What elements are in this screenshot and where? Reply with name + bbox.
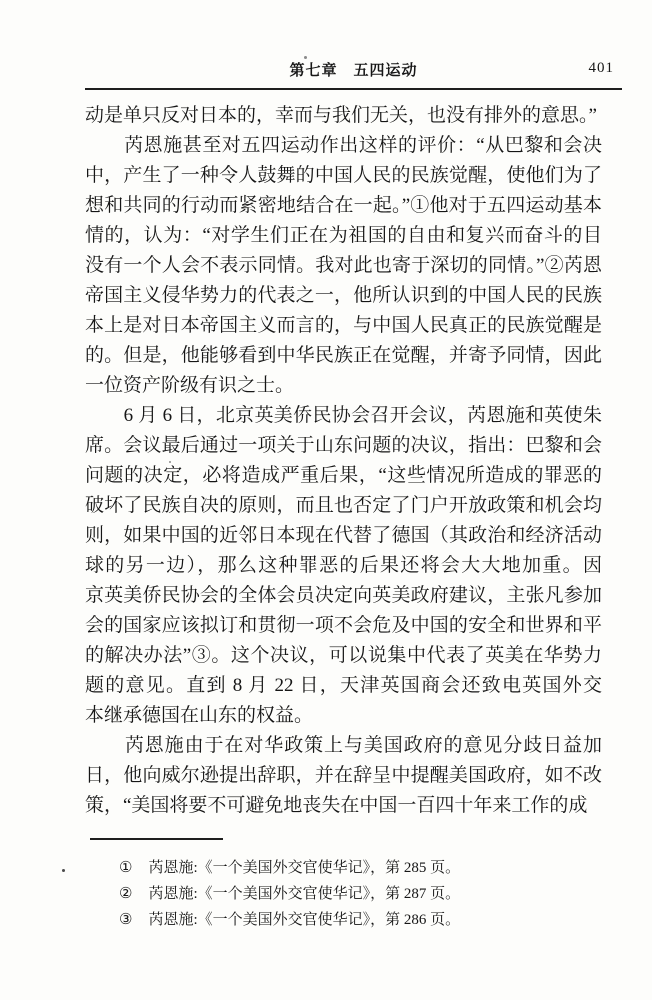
scan-speck [169,461,171,463]
text-line: 中，产生了一种令人鼓舞的中国人民的民族觉醒，使他们为了共同的思 [85,161,602,191]
text-line: 没有一个人会不表示同情。我对此也寄于深切的同情。”②芮恩施作为 [85,251,602,281]
footnote-item: ③ 芮恩施:《一个美国外交官使华记》，第 286 页。 [85,907,602,933]
text-line: 6 月 6 日，北京英美侨民协会召开会议，芮恩施和英使朱尔典均出 [85,401,602,431]
text-line: 一位资产阶级有识之士。 [85,371,602,401]
book-page: 第七章 五四运动 401 动是单只反对日本的，幸而与我们无关，也没有排外的意思。… [0,0,652,1000]
chapter-title: 第七章 五四运动 [85,59,622,80]
text-line: 策，“美国将要不可避免地丧失在中国一百四十年来工作的成果”。 [85,791,602,821]
footnote-marker: ② [119,881,132,907]
footnote-marker: ③ [119,907,132,933]
page-header: 第七章 五四运动 401 [85,59,622,81]
header-rule [85,88,622,90]
footnote-text: 芮恩施:《一个美国外交官使华记》，第 285 页。 [148,855,602,881]
text-line: 题的意见。直到 8 月 22 日，天津英国商会还致电英国外交部，反对日 [85,671,602,701]
footnote-text: 芮恩施:《一个美国外交官使华记》，第 287 页。 [148,881,602,907]
text-line: 芮恩施甚至对五四运动作出这样的评价：“从巴黎和会决议的祸害 [85,131,602,161]
text-line: 京英美侨民协会的全体会员决定向英美政府建议，主张凡参加巴黎和 [85,581,602,611]
text-line: 本继承德国在山东的权益。 [85,701,602,731]
text-line: 问题的决定，必将造成严重后果，“这些情况所造成的罪恶的后果不但 [85,461,602,491]
footnote-item: ② 芮恩施:《一个美国外交官使华记》，第 287 页。 [85,881,602,907]
text-line: 的解决办法”③。这个决议，可以说集中代表了英美在华势力对山东问 [85,641,602,671]
text-line: 情的，认为：“对学生们正在为祖国的自由和复兴而奋斗的目的和理想， [85,221,602,251]
text-line: 想和共同的行动而紧密地结合在一起。”①他对于五四运动基本上是同 [85,191,602,221]
text-line: 球的另一边），那么这种罪恶的后果还将会大大地加重。因此，我们北 [85,551,602,581]
text-line: 会的国家应该拟订和贯彻一项不会危及中国的安全和世界和平的公正 [85,611,602,641]
text-line: 芮恩施由于在对华政策上与美国政府的意见分歧日益加深，6 月 7 [85,731,602,761]
footnote-marker: ① [119,855,132,881]
text-line: 动是单只反对日本的，幸而与我们无关，也没有排外的意思。” [85,101,602,131]
text-line: 帝国主义侵华势力的代表之一，他所认识到的中国人民的民族觉醒，基 [85,281,602,311]
text-line: 本上是对日本帝国主义而言的，与中国人民真正的民族觉醒是有区别 [85,311,602,341]
footnote-item: ① 芮恩施:《一个美国外交官使华记》，第 285 页。 [85,855,602,881]
scan-speck [62,869,65,872]
text-line: 席。会议最后通过一项关于山东问题的决议，指出：巴黎和会关于山东 [85,431,602,461]
page-number: 401 [589,60,615,77]
text-line: 的。但是，他能够看到中华民族正在觉醒，并寄予同情，因此也不失为 [85,341,602,371]
footnote-separator [90,838,223,840]
scan-speck [304,56,307,59]
footnotes-section: ① 芮恩施:《一个美国外交官使华记》，第 285 页。 ② 芮恩施:《一个美国外… [85,855,602,933]
footnote-text: 芮恩施:《一个美国外交官使华记》，第 286 页。 [148,907,602,933]
text-line: 破坏了民族自决的原则，而且也否定了门户开放政策和机会均等的原 [85,491,602,521]
text-line: 日，他向威尔逊提出辞职，并在辞呈中提醒美国政府，如不改变对华政 [85,761,602,791]
text-line: 则，如果中国的近邻日本现在代替了德国（其政治和经济活动中心在地 [85,521,602,551]
body-text: 动是单只反对日本的，幸而与我们无关，也没有排外的意思。” 芮恩施甚至对五四运动作… [85,101,602,821]
